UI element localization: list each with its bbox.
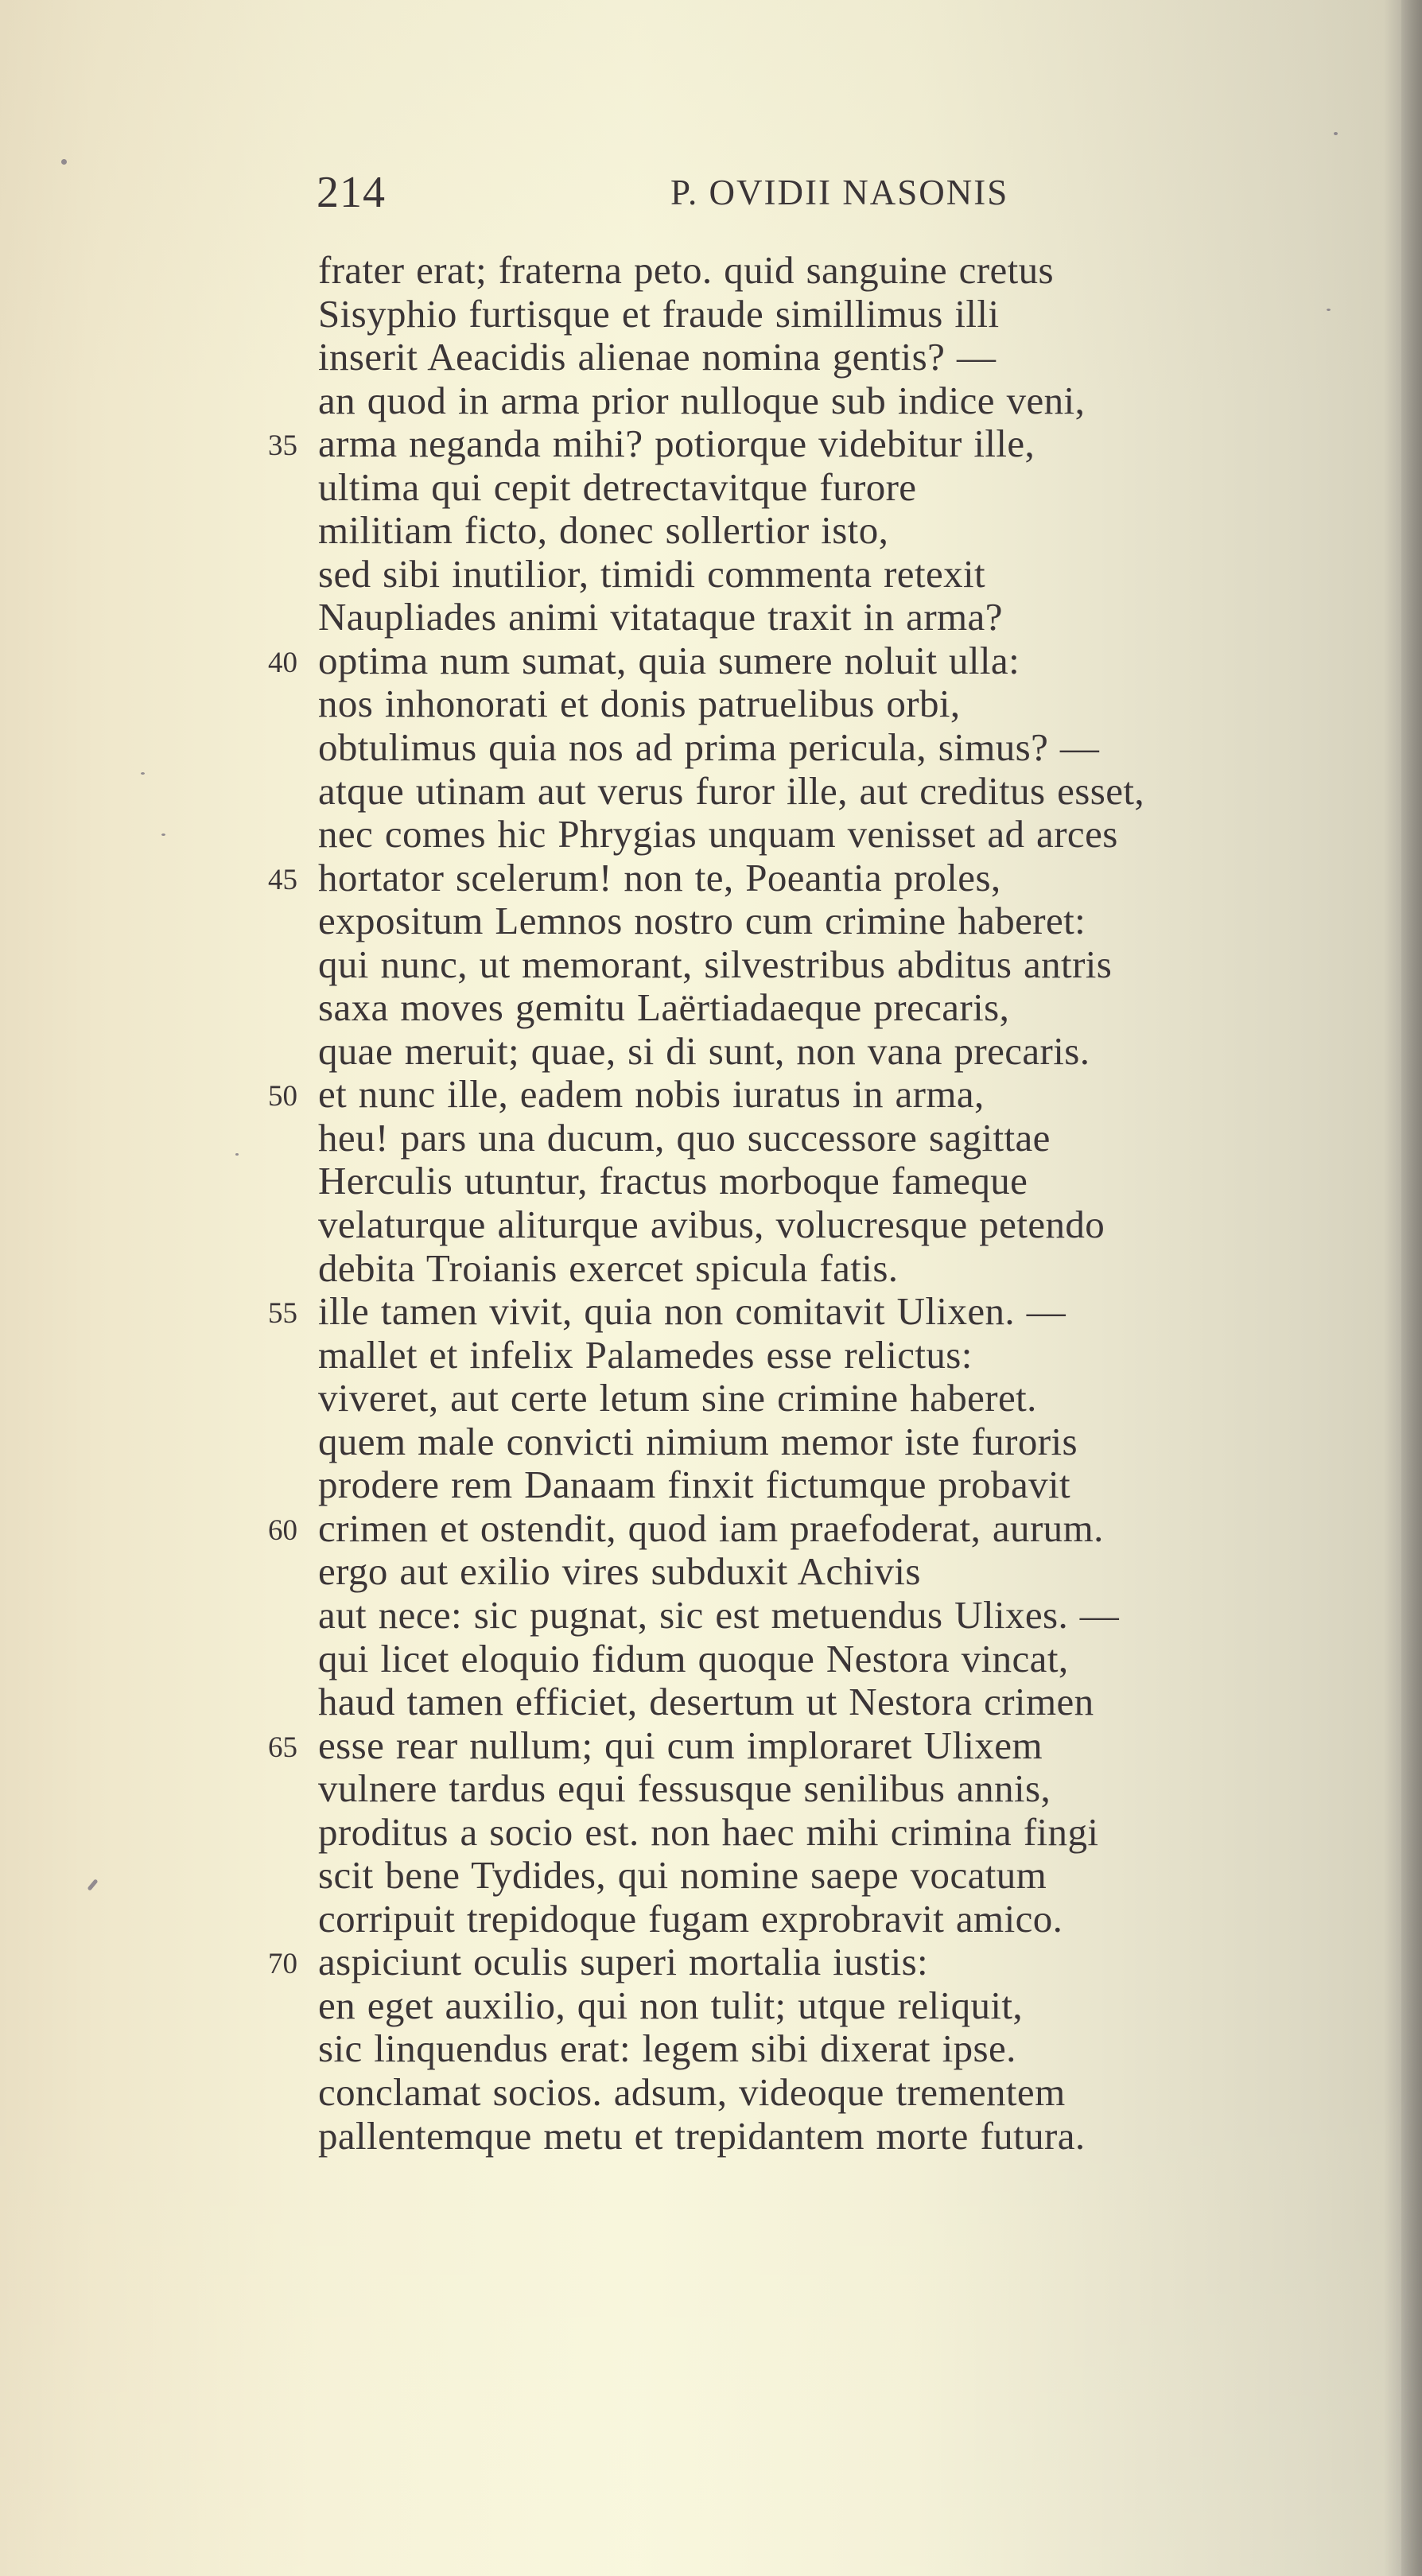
verse-line: ultima qui cepit detrectavitque furore [0, 466, 1422, 510]
verse-text: sic linquendus erat: legem sibi dixerat … [318, 2027, 1016, 2071]
verse-text: pallentemque metu et trepidantem morte f… [318, 2115, 1086, 2158]
verse-text: Naupliades animi vitataque traxit in arm… [318, 596, 1003, 639]
verse-text: qui licet eloquio fidum quoque Nestora v… [318, 1638, 1068, 1681]
verse-line: qui nunc, ut memorant, silvestribus abdi… [0, 943, 1422, 987]
verse-line: 40optima num sumat, quia sumere noluit u… [0, 639, 1422, 683]
verse-text: Herculis utuntur, fractus morboque fameq… [318, 1160, 1028, 1203]
verse-line: obtulimus quia nos ad prima pericula, si… [0, 726, 1422, 770]
verse-line: qui licet eloquio fidum quoque Nestora v… [0, 1638, 1422, 1681]
running-head: 214 P. OVIDII NASONIS [0, 0, 1422, 239]
line-number: 70 [268, 1943, 297, 1987]
verse-line: nec comes hic Phrygias unquam venisset a… [0, 813, 1422, 857]
verse-block: frater erat; fraterna peto. quid sanguin… [0, 249, 1422, 2158]
verse-text: inserit Aeacidis alienae nomina gentis? … [318, 336, 996, 379]
verse-text: qui nunc, ut memorant, silvestribus abdi… [318, 943, 1112, 987]
verse-text: mallet et infelix Palamedes esse relictu… [318, 1334, 973, 1377]
verse-line: militiam ficto, donec sollertior isto, [0, 509, 1422, 553]
verse-line: en eget auxilio, qui non tulit; utque re… [0, 1984, 1422, 2028]
verse-text: aut nece: sic pugnat, sic est metuendus … [318, 1594, 1119, 1638]
verse-text: et nunc ille, eadem nobis iuratus in arm… [318, 1073, 985, 1117]
verse-text: Sisyphio furtisque et fraude simillimus … [318, 293, 999, 336]
verse-line: vulnere tardus equi fessusque senilibus … [0, 1767, 1422, 1811]
verse-line: saxa moves gemitu Laërtiadaeque precaris… [0, 986, 1422, 1030]
verse-text: en eget auxilio, qui non tulit; utque re… [318, 1984, 1023, 2028]
verse-line: 65esse rear nullum; qui cum imploraret U… [0, 1724, 1422, 1768]
verse-text: crimen et ostendit, quod iam praefoderat… [318, 1507, 1104, 1551]
verse-line: aut nece: sic pugnat, sic est metuendus … [0, 1594, 1422, 1638]
verse-line: velaturque aliturque avibus, volucresque… [0, 1203, 1422, 1247]
verse-line: Herculis utuntur, fractus morboque fameq… [0, 1160, 1422, 1203]
verse-line: 35arma neganda mihi? potiorque videbitur… [0, 422, 1422, 466]
verse-line: sic linquendus erat: legem sibi dixerat … [0, 2027, 1422, 2071]
verse-line: inserit Aeacidis alienae nomina gentis? … [0, 336, 1422, 379]
verse-line: mallet et infelix Palamedes esse relictu… [0, 1334, 1422, 1377]
verse-line: viveret, aut certe letum sine crimine ha… [0, 1377, 1422, 1420]
verse-line: quem male convicti nimium memor iste fur… [0, 1420, 1422, 1464]
verse-line: proditus a socio est. non haec mihi crim… [0, 1811, 1422, 1855]
line-number: 45 [268, 859, 297, 903]
verse-text: haud tamen efficiet, desertum ut Nestora… [318, 1680, 1094, 1724]
verse-line: haud tamen efficiet, desertum ut Nestora… [0, 1680, 1422, 1724]
verse-text: frater erat; fraterna peto. quid sanguin… [318, 249, 1054, 293]
verse-text: optima num sumat, quia sumere noluit ull… [318, 639, 1020, 683]
verse-line: quae meruit; quae, si di sunt, non vana … [0, 1030, 1422, 1074]
verse-text: ultima qui cepit detrectavitque furore [318, 466, 916, 510]
verse-line: an quod in arma prior nulloque sub indic… [0, 379, 1422, 423]
verse-text: militiam ficto, donec sollertior isto, [318, 509, 888, 553]
verse-line: corripuit trepidoque fugam exprobravit a… [0, 1898, 1422, 1941]
verse-line: pallentemque metu et trepidantem morte f… [0, 2115, 1422, 2158]
verse-text: expositum Lemnos nostro cum crimine habe… [318, 899, 1086, 943]
page-number: 214 [317, 170, 386, 215]
verse-text: vulnere tardus equi fessusque senilibus … [318, 1767, 1051, 1811]
verse-text: an quod in arma prior nulloque sub indic… [318, 379, 1085, 423]
verse-text: prodere rem Danaam finxit fictumque prob… [318, 1463, 1070, 1507]
verse-text: hortator scelerum! non te, Poeantia prol… [318, 857, 1001, 900]
running-title: P. OVIDII NASONIS [670, 175, 1008, 211]
verse-line: frater erat; fraterna peto. quid sanguin… [0, 249, 1422, 293]
verse-line: nos inhonorati et donis patruelibus orbi… [0, 682, 1422, 726]
verse-line: heu! pars una ducum, quo successore sagi… [0, 1117, 1422, 1160]
verse-text: aspiciunt oculis superi mortalia iustis: [318, 1941, 928, 1984]
verse-text: obtulimus quia nos ad prima pericula, si… [318, 726, 1099, 770]
verse-text: quem male convicti nimium memor iste fur… [318, 1420, 1078, 1464]
verse-line: 50et nunc ille, eadem nobis iuratus in a… [0, 1073, 1422, 1117]
line-number: 40 [268, 642, 297, 686]
line-number: 35 [268, 425, 297, 468]
verse-line: sed sibi inutilior, timidi commenta rete… [0, 553, 1422, 596]
verse-text: proditus a socio est. non haec mihi crim… [318, 1811, 1098, 1855]
verse-text: atque utinam aut verus furor ille, aut c… [318, 770, 1144, 814]
line-number: 50 [268, 1075, 297, 1119]
verse-text: viveret, aut certe letum sine crimine ha… [318, 1377, 1037, 1420]
line-number: 55 [268, 1292, 297, 1336]
verse-text: saxa moves gemitu Laërtiadaeque precaris… [318, 986, 1009, 1030]
verse-line: Sisyphio furtisque et fraude simillimus … [0, 293, 1422, 336]
verse-text: heu! pars una ducum, quo successore sagi… [318, 1117, 1051, 1160]
verse-text: nos inhonorati et donis patruelibus orbi… [318, 682, 961, 726]
verse-text: debita Troianis exercet spicula fatis. [318, 1247, 898, 1291]
verse-line: debita Troianis exercet spicula fatis. [0, 1247, 1422, 1291]
verse-line: conclamat socios. adsum, videoque tremen… [0, 2071, 1422, 2115]
verse-line: 55ille tamen vivit, quia non comitavit U… [0, 1290, 1422, 1334]
verse-line: 70aspiciunt oculis superi mortalia iusti… [0, 1941, 1422, 1984]
verse-text: nec comes hic Phrygias unquam venisset a… [318, 813, 1118, 857]
verse-text: corripuit trepidoque fugam exprobravit a… [318, 1898, 1063, 1941]
verse-text: quae meruit; quae, si di sunt, non vana … [318, 1030, 1090, 1074]
verse-line: ergo aut exilio vires subduxit Achivis [0, 1550, 1422, 1594]
verse-line: 45hortator scelerum! non te, Poeantia pr… [0, 857, 1422, 900]
verse-line: atque utinam aut verus furor ille, aut c… [0, 770, 1422, 814]
verse-text: ergo aut exilio vires subduxit Achivis [318, 1550, 921, 1594]
verse-line: Naupliades animi vitataque traxit in arm… [0, 596, 1422, 639]
verse-text: velaturque aliturque avibus, volucresque… [318, 1203, 1105, 1247]
line-number: 65 [268, 1727, 297, 1770]
verse-text: scit bene Tydides, qui nomine saepe voca… [318, 1854, 1047, 1898]
verse-line: prodere rem Danaam finxit fictumque prob… [0, 1463, 1422, 1507]
verse-text: esse rear nullum; qui cum imploraret Uli… [318, 1724, 1043, 1768]
verse-text: sed sibi inutilior, timidi commenta rete… [318, 553, 985, 596]
verse-text: arma neganda mihi? potiorque videbitur i… [318, 422, 1035, 466]
verse-line: 60crimen et ostendit, quod iam praefoder… [0, 1507, 1422, 1551]
verse-line: scit bene Tydides, qui nomine saepe voca… [0, 1854, 1422, 1898]
line-number: 60 [268, 1509, 297, 1553]
verse-text: ille tamen vivit, quia non comitavit Uli… [318, 1290, 1066, 1334]
verse-line: expositum Lemnos nostro cum crimine habe… [0, 899, 1422, 943]
verse-text: conclamat socios. adsum, videoque tremen… [318, 2071, 1066, 2115]
